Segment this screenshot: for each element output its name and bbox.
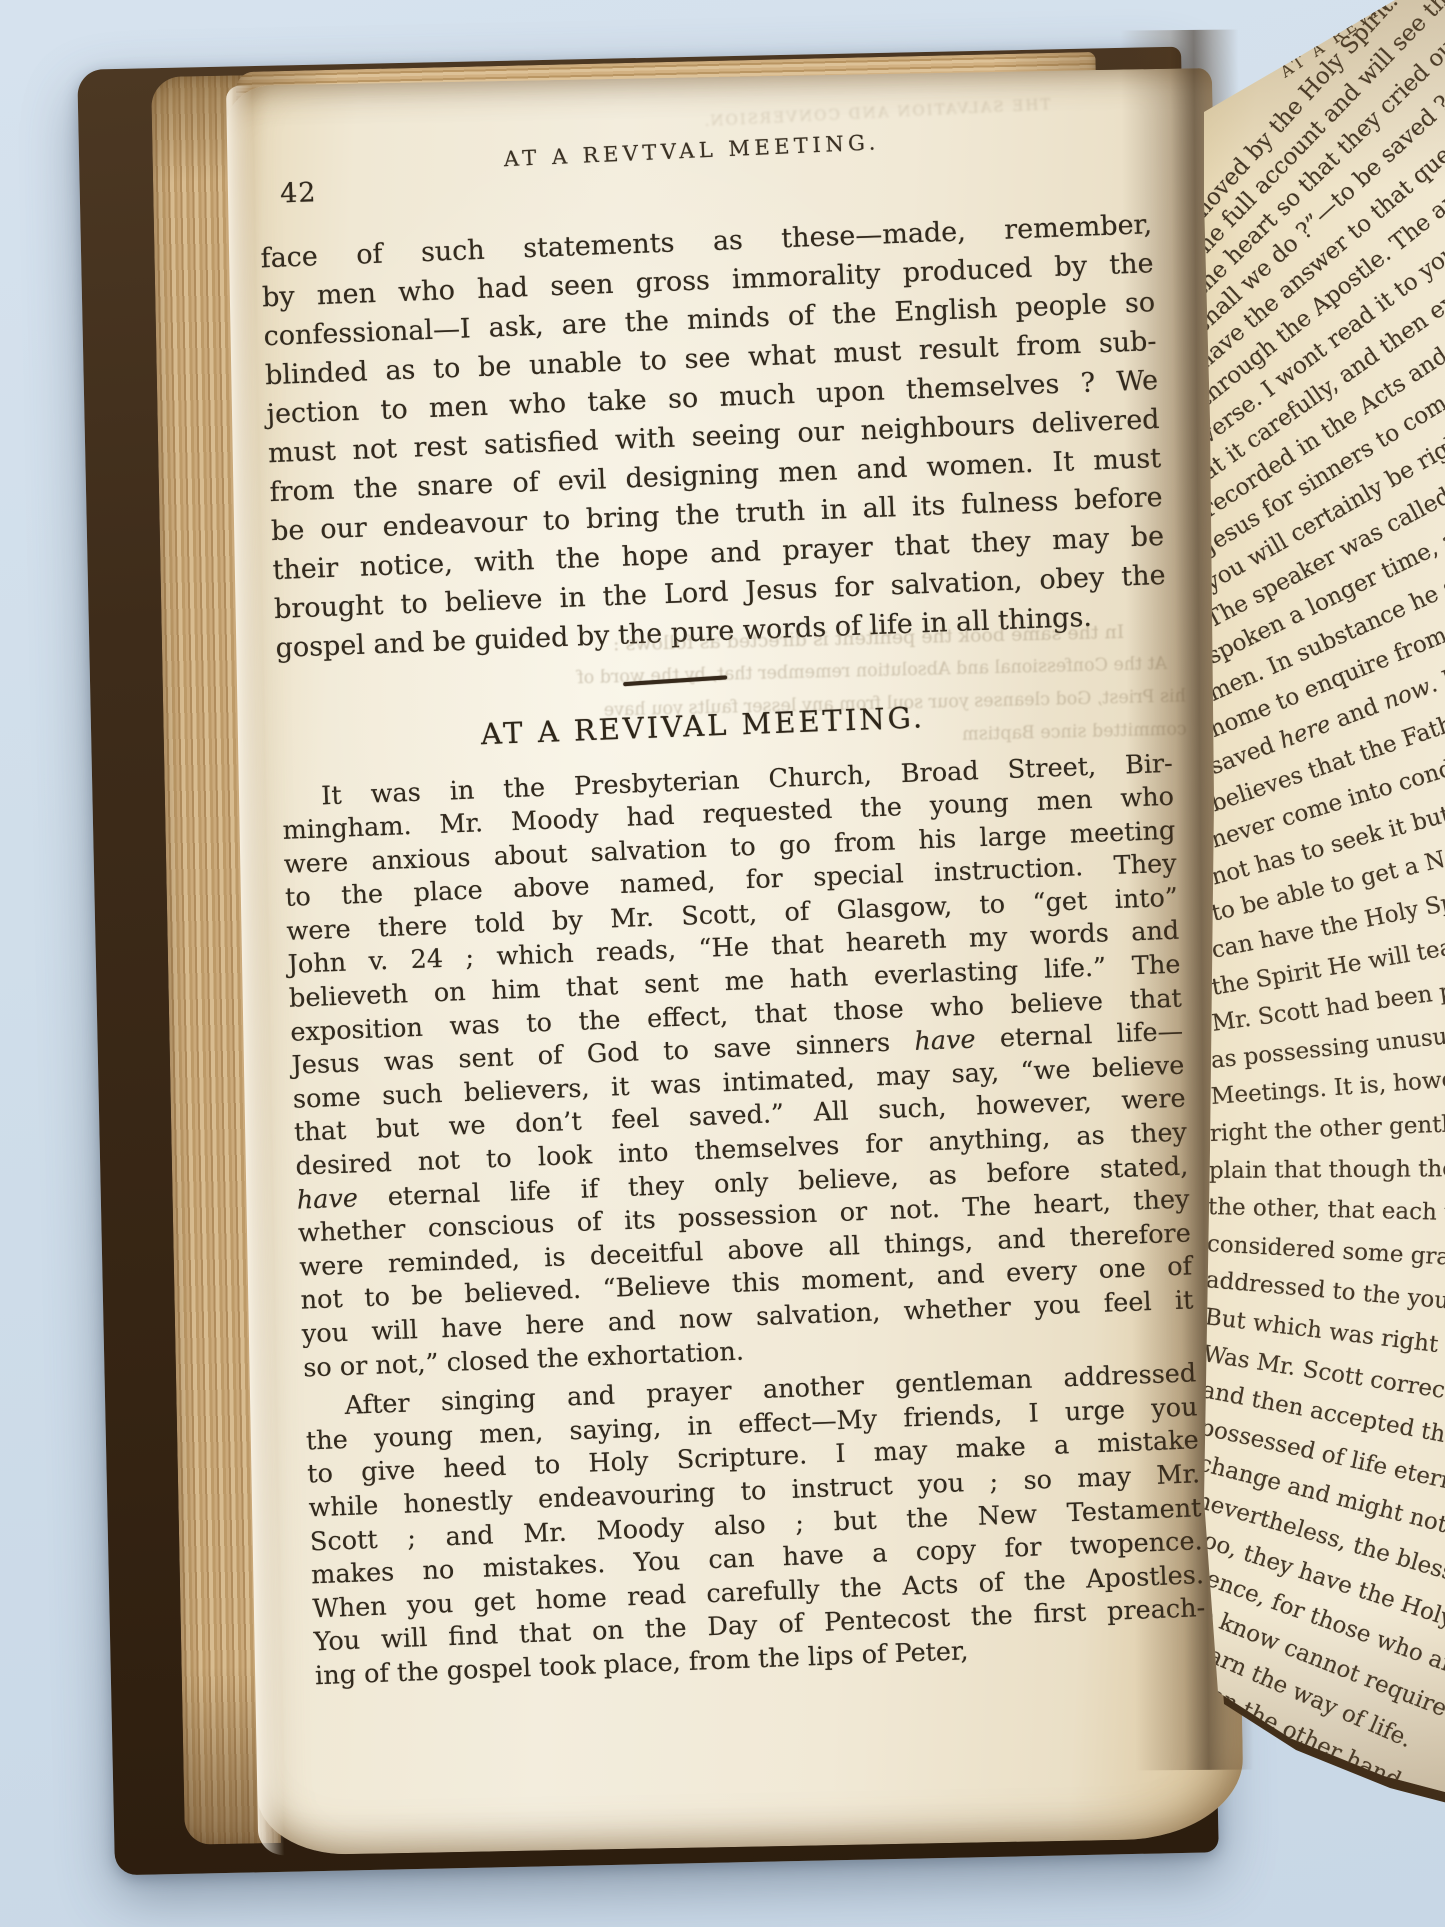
right-page-text-line: right the other gentleman was [1209, 1107, 1445, 1147]
page-number: 42 [280, 177, 318, 209]
page-header-row: THE SALVATION AND CONVERSION. 42 AT A RE… [257, 119, 1158, 210]
paragraph-after-singing: After singing and prayer another gentlem… [304, 1357, 1207, 1693]
paragraph-revival-meeting: It was in the Presbyterian Church, Broad… [281, 747, 1196, 1385]
right-page-text-line: plain that though the one did n [1209, 1155, 1445, 1184]
left-page: THE SALVATION AND CONVERSION. 42 AT A RE… [226, 68, 1244, 1856]
section-heading: AT A REVIVAL MEETING. [253, 691, 1154, 760]
left-page-content: THE SALVATION AND CONVERSION. 42 AT A RE… [254, 51, 1221, 1854]
running-header: AT A REVTVAL MEETING. [503, 130, 880, 171]
section-divider-rule [623, 675, 727, 685]
right-page-text-line: the other, that each was seekin [1208, 1194, 1445, 1229]
paragraph-continuation: face of such statements as these—made, r… [260, 205, 1168, 668]
book-photo-scene: THE SALVATION AND CONVERSION. 42 AT A RE… [0, 0, 1445, 1927]
